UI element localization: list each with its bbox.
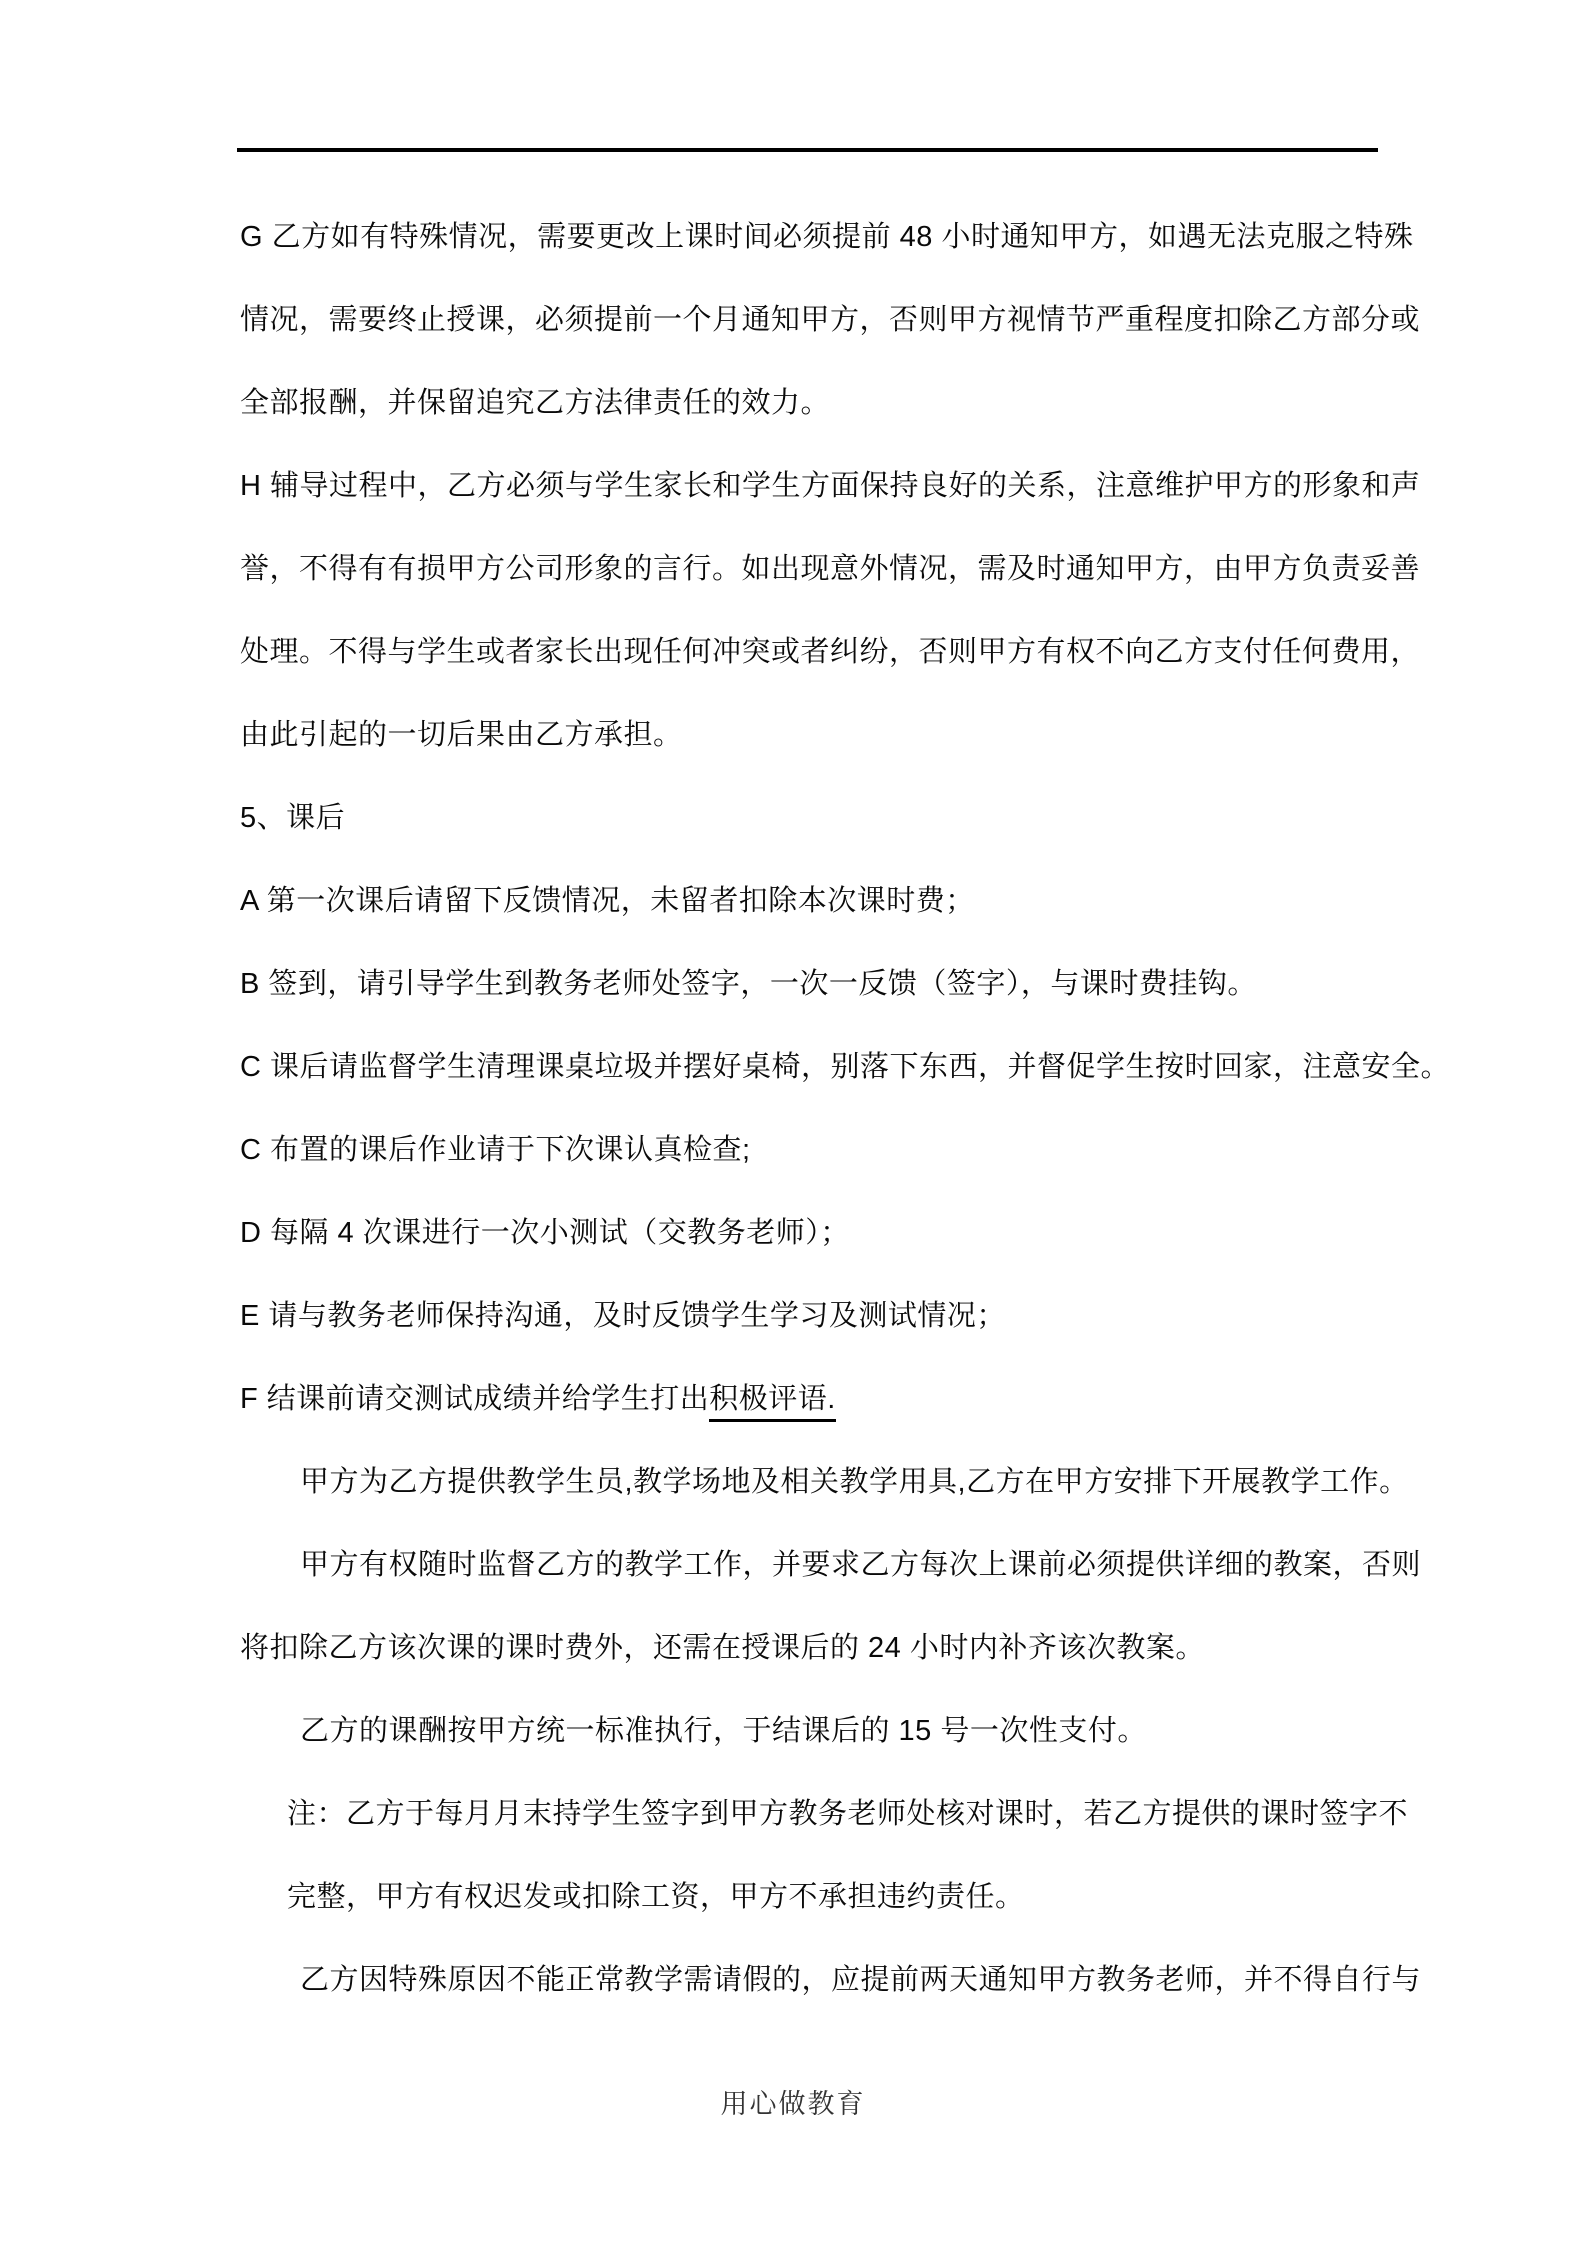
underlined-text: 积极评语. <box>709 1383 836 1422</box>
footer-slogan: 用心做教育 <box>0 2082 1586 2121</box>
text-line: 处理。不得与学生或者家长出现任何冲突或者纠纷，否则甲方有权不向乙方支付任何费用， <box>240 611 1390 694</box>
text-line: 甲方为乙方提供教学生员,教学场地及相关教学用具,乙方在甲方安排下开展教学工作。 <box>240 1441 1390 1524</box>
text-line: H 辅导过程中，乙方必须与学生家长和学生方面保持良好的关系，注意维护甲方的形象和… <box>240 445 1390 528</box>
text-line: 情况，需要终止授课，必须提前一个月通知甲方，否则甲方视情节严重程度扣除乙方部分或 <box>240 279 1390 362</box>
text-line: E 请与教务老师保持沟通，及时反馈学生学习及测试情况； <box>240 1275 1390 1358</box>
text-line: D 每隔 4 次课进行一次小测试（交教务老师）； <box>240 1192 1390 1275</box>
text-segment: F 结课前请交测试成绩并给学生打出 <box>240 1383 709 1415</box>
text-line: A 第一次课后请留下反馈情况，未留者扣除本次课时费； <box>240 860 1390 943</box>
document-body: G 乙方如有特殊情况，需要更改上课时间必须提前 48 小时通知甲方，如遇无法克服… <box>240 196 1390 2022</box>
text-line: 注：乙方于每月月末持学生签字到甲方教务老师处核对课时，若乙方提供的课时签字不 <box>240 1773 1390 1856</box>
text-line: 由此引起的一切后果由乙方承担。 <box>240 694 1390 777</box>
document-page: G 乙方如有特殊情况，需要更改上课时间必须提前 48 小时通知甲方，如遇无法克服… <box>0 0 1586 2244</box>
text-line: B 签到，请引导学生到教务老师处签字，一次一反馈（签字），与课时费挂钩。 <box>240 943 1390 1026</box>
text-line: C 布置的课后作业请于下次课认真检查; <box>240 1109 1390 1192</box>
text-line: C 课后请监督学生清理课桌垃圾并摆好桌椅，别落下东西，并督促学生按时回家，注意安… <box>240 1026 1390 1109</box>
text-line: 将扣除乙方该次课的课时费外，还需在授课后的 24 小时内补齐该次教案。 <box>240 1607 1390 1690</box>
text-line: F 结课前请交测试成绩并给学生打出积极评语. <box>240 1358 1390 1441</box>
text-line: 誉，不得有有损甲方公司形象的言行。如出现意外情况，需及时通知甲方，由甲方负责妥善 <box>240 528 1390 611</box>
text-line: G 乙方如有特殊情况，需要更改上课时间必须提前 48 小时通知甲方，如遇无法克服… <box>240 196 1390 279</box>
section-heading: 5、课后 <box>240 777 1390 860</box>
text-line: 乙方的课酬按甲方统一标准执行，于结课后的 15 号一次性支付。 <box>240 1690 1390 1773</box>
text-line: 全部报酬，并保留追究乙方法律责任的效力。 <box>240 362 1390 445</box>
header-rule <box>237 148 1378 152</box>
text-line: 完整，甲方有权迟发或扣除工资，甲方不承担违约责任。 <box>240 1856 1390 1939</box>
text-line: 乙方因特殊原因不能正常教学需请假的，应提前两天通知甲方教务老师，并不得自行与 <box>240 1939 1390 2022</box>
text-line: 甲方有权随时监督乙方的教学工作，并要求乙方每次上课前必须提供详细的教案，否则 <box>240 1524 1390 1607</box>
